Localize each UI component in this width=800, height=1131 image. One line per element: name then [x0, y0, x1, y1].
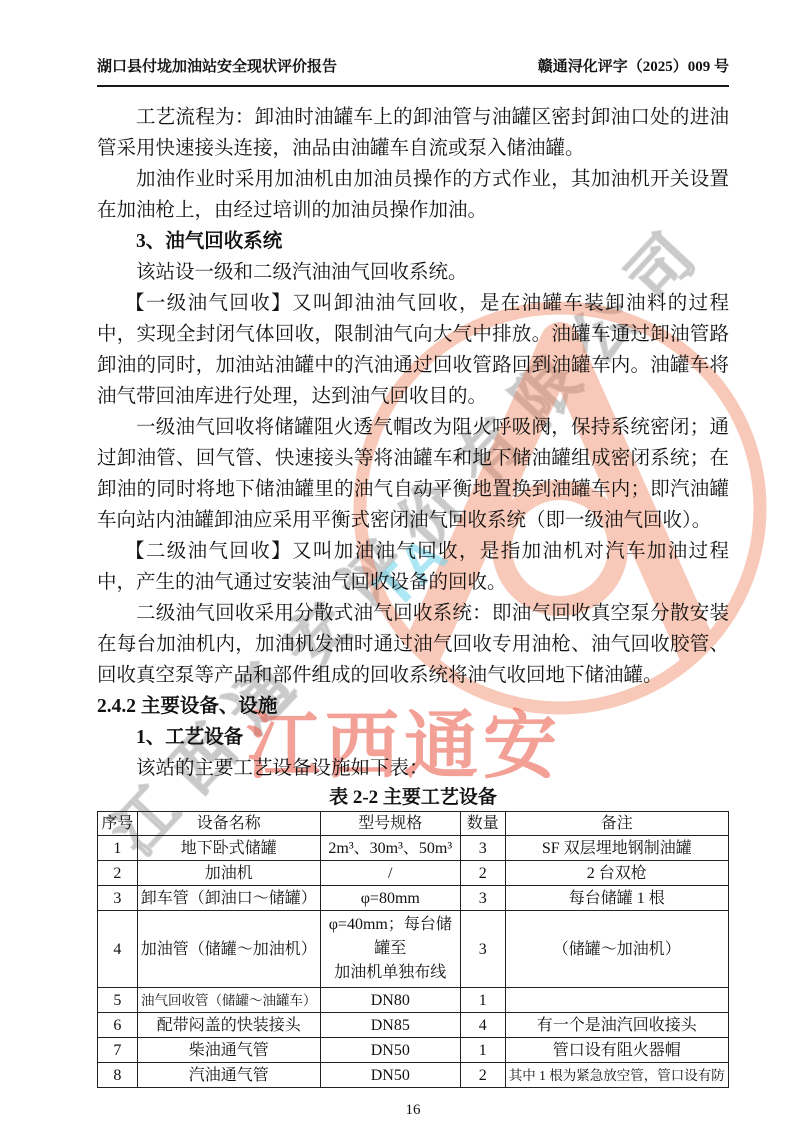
body-paragraph: 该站设一级和二级汽油油气回收系统。 — [97, 257, 729, 288]
table-cell: 汽油通气管 — [137, 1063, 320, 1088]
table-cell: 管口设有阻火器帽 — [505, 1038, 728, 1063]
table-cell: φ=40mm；每台储罐至 加油机单独布线 — [320, 911, 460, 988]
table-cell — [505, 988, 728, 1013]
section-heading: 2.4.2 主要设备、设施 — [97, 691, 729, 722]
table-cell: 1 — [460, 988, 505, 1013]
table-cell: 3 — [460, 886, 505, 911]
body-paragraph: 二级油气回收采用分散式油气回收系统：即油气回收真空泵分散安装在每台加油机内，加油… — [97, 598, 729, 691]
table-row: 2加油机/22 台双枪 — [98, 861, 729, 886]
table-cell: 每台储罐 1 根 — [505, 886, 728, 911]
table-row: 1地下卧式储罐2m³、30m³、50m³3SF 双层埋地钢制油罐 — [98, 836, 729, 861]
body-paragraph: 加油作业时采用加油机由加油员操作的方式作业，其加油机开关设置在加油枪上，由经过培… — [97, 164, 729, 226]
table-cell: 2 — [98, 861, 138, 886]
table-cell: 卸车管（卸油口～储罐） — [137, 886, 320, 911]
report-title-header: 湖口县付垅加油站安全现状评价报告 — [97, 57, 337, 77]
table-header-row: 序号设备名称型号规格数量备注 — [98, 812, 729, 836]
document-body: 工艺流程为：卸油时油罐车上的卸油管与油罐区密封卸油口处的进油管采用快速接头连接，… — [97, 102, 729, 784]
table-cell: 1 — [98, 836, 138, 861]
page-content: 湖口县付垅加油站安全现状评价报告 赣通浔化评字（2025）009 号 工艺流程为… — [97, 0, 729, 1119]
table-cell: 柴油通气管 — [137, 1038, 320, 1063]
table-cell: 3 — [460, 836, 505, 861]
table-cell: 3 — [98, 886, 138, 911]
table-cell: DN80 — [320, 988, 460, 1013]
table-cell: 配带闷盖的快装接头 — [137, 1013, 320, 1038]
table-cell: 其中 1 根为紧急放空管，管口设有防 — [505, 1063, 728, 1088]
document-number-header: 赣通浔化评字（2025）009 号 — [538, 57, 729, 77]
table-cell: φ=80mm — [320, 886, 460, 911]
table-cell: 3 — [460, 911, 505, 988]
table-cell: 5 — [98, 988, 138, 1013]
equipment-table: 序号设备名称型号规格数量备注 1地下卧式储罐2m³、30m³、50m³3SF 双… — [97, 811, 729, 1088]
table-cell: 2 — [460, 861, 505, 886]
table-cell: 2 — [460, 1063, 505, 1088]
page-header: 湖口县付垅加油站安全现状评价报告 赣通浔化评字（2025）009 号 — [97, 0, 729, 77]
table-row: 8汽油通气管DN502其中 1 根为紧急放空管，管口设有防 — [98, 1063, 729, 1088]
column-header: 数量 — [460, 812, 505, 836]
body-paragraph: 【一级油气回收】又叫卸油油气回收，是在油罐车装卸油料的过程中，实现全封闭气体回收… — [97, 288, 729, 412]
table-cell: 有一个是油汽回收接头 — [505, 1013, 728, 1038]
body-paragraph: 该站的主要工艺设备设施如下表： — [97, 753, 729, 784]
document-page: 江西通安评价有限公司 TA 江西通安 湖口县付垅加油站安全现状评价报告 赣通浔化… — [0, 0, 800, 1131]
header-divider — [97, 85, 729, 87]
table-cell: （储罐～加油机） — [505, 911, 728, 988]
page-footer: 16 — [97, 1102, 729, 1119]
table-row: 5油气回收管（储罐～油罐车）DN801 — [98, 988, 729, 1013]
column-header: 序号 — [98, 812, 138, 836]
body-paragraph: 一级油气回收将储罐阻火透气帽改为阻火呼吸阀，保持系统密闭；通过卸油管、回气管、快… — [97, 412, 729, 536]
column-header: 型号规格 — [320, 812, 460, 836]
table-cell: 加油机 — [137, 861, 320, 886]
table-cell: / — [320, 861, 460, 886]
table-cell: 4 — [98, 911, 138, 988]
table-cell: 地下卧式储罐 — [137, 836, 320, 861]
table-cell: DN50 — [320, 1063, 460, 1088]
table-cell: 1 — [460, 1038, 505, 1063]
table-caption: 表 2-2 主要工艺设备 — [97, 786, 729, 810]
table-cell: 7 — [98, 1038, 138, 1063]
section-heading: 1、工艺设备 — [97, 722, 729, 753]
table-cell: DN85 — [320, 1013, 460, 1038]
page-number: 16 — [406, 1102, 421, 1118]
column-header: 备注 — [505, 812, 728, 836]
section-heading: 3、油气回收系统 — [97, 226, 729, 257]
table-cell: 6 — [98, 1013, 138, 1038]
table-row: 4加油管（储罐～加油机）φ=40mm；每台储罐至 加油机单独布线3（储罐～加油机… — [98, 911, 729, 988]
table-cell: 油气回收管（储罐～油罐车） — [137, 988, 320, 1013]
body-paragraph: 【二级油气回收】又叫加油油气回收，是指加油机对汽车加油过程中，产生的油气通过安装… — [97, 536, 729, 598]
table-cell: 2m³、30m³、50m³ — [320, 836, 460, 861]
body-paragraph: 工艺流程为：卸油时油罐车上的卸油管与油罐区密封卸油口处的进油管采用快速接头连接，… — [97, 102, 729, 164]
table-row: 3卸车管（卸油口～储罐）φ=80mm3每台储罐 1 根 — [98, 886, 729, 911]
table-row: 7柴油通气管DN501管口设有阻火器帽 — [98, 1038, 729, 1063]
table-cell: SF 双层埋地钢制油罐 — [505, 836, 728, 861]
table-row: 6配带闷盖的快装接头DN854有一个是油汽回收接头 — [98, 1013, 729, 1038]
table-cell: 4 — [460, 1013, 505, 1038]
table-cell: 2 台双枪 — [505, 861, 728, 886]
table-cell: 8 — [98, 1063, 138, 1088]
table-cell: DN50 — [320, 1038, 460, 1063]
column-header: 设备名称 — [137, 812, 320, 836]
table-cell: 加油管（储罐～加油机） — [137, 911, 320, 988]
